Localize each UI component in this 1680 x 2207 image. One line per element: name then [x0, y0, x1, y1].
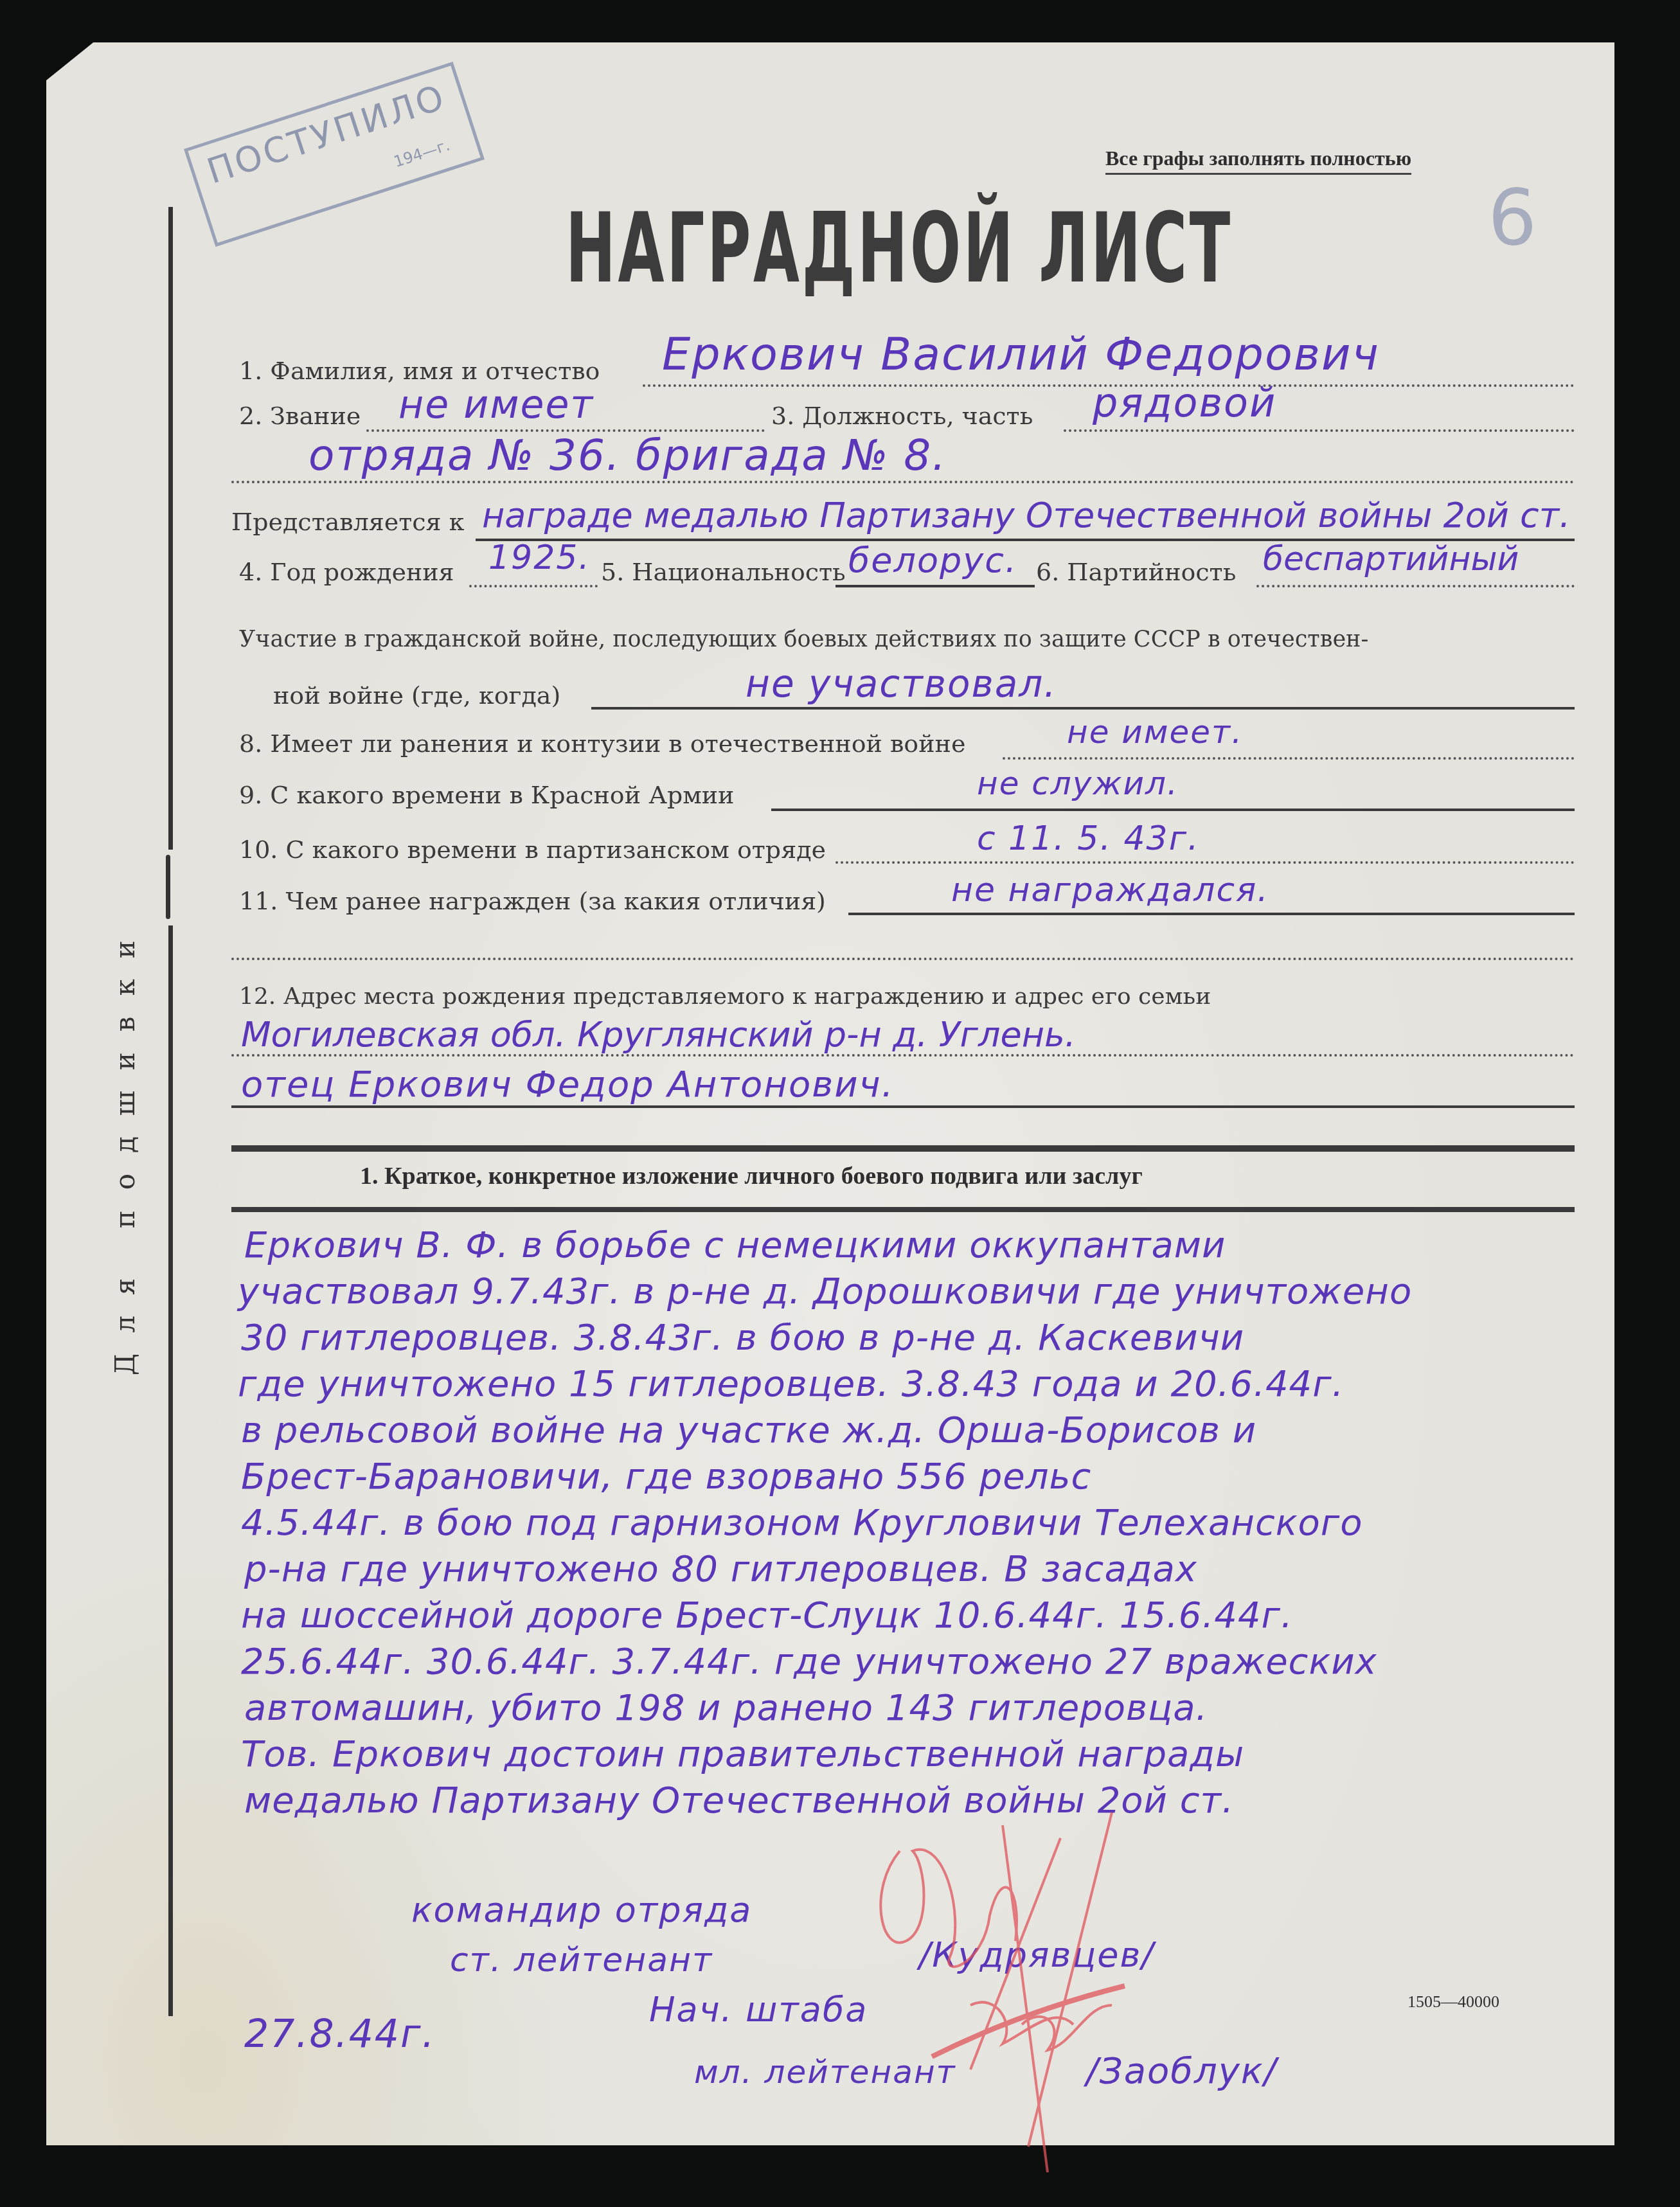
field-address-line-2 [231, 1105, 1575, 1108]
page-number-mark: 6 [1488, 174, 1537, 263]
field-party-label: 6. Партийность [1036, 558, 1236, 586]
field-wounds-line [1003, 757, 1575, 760]
narrative-line: Еркович В. Ф. в борьбе с немецкими оккуп… [244, 1224, 1226, 1266]
field-name-value: Еркович Василий Федорович [662, 328, 1380, 380]
narrative-line: 25.6.44г. 30.6.44г. 3.7.44г. где уничтож… [241, 1641, 1377, 1683]
signing-date: 27.8.44г. [244, 2012, 436, 2057]
field-prior-awards-value: не награждался. [951, 871, 1269, 909]
narrative-line: на шоссейной дороге Брест-Слуцк 10.6.44г… [241, 1595, 1293, 1636]
field-prior-awards-label: 11. Чем ранее награжден (за какия отличи… [239, 887, 826, 915]
section-divider [231, 1145, 1575, 1152]
field-nationality-label: 5. Национальность [601, 558, 846, 586]
field-partisan-label: 10. С какого времени в партизанском отря… [239, 835, 826, 864]
red-pencil-signature [855, 1812, 1176, 2198]
field-wounds-label: 8. Имеет ли ранения и контузии в отечест… [239, 729, 965, 758]
field-rank-value: не имеет [398, 382, 594, 427]
field-address-value-2: отец Еркович Федор Антонович. [241, 1064, 895, 1105]
field-position-line [1064, 429, 1575, 432]
nominated-for-label: Представляется к [231, 508, 464, 536]
narrative-top-rule [231, 1207, 1575, 1212]
field-civil-war-value: не участвовал. [746, 662, 1057, 706]
field-position-label: 3. Должность, часть [771, 402, 1033, 430]
field-red-army-label: 9. С какого времени в Красной Армии [239, 781, 734, 809]
stamp-year: 194—г. [391, 136, 452, 171]
field-red-army-value: не служил. [977, 765, 1179, 802]
form-print-number: 1505—40000 [1407, 1992, 1499, 2012]
chief-of-staff-title: Нач. штаба [649, 1989, 868, 2030]
field-nationality-value: белорус. [848, 540, 1017, 580]
narrative-line: 30 гитлеровцев. 3.8.43г. в бою в р-не д.… [241, 1317, 1244, 1359]
field-partisan-line [836, 861, 1575, 864]
field-rank-label: 2. Звание [239, 402, 361, 430]
field-nationality-line [836, 585, 1035, 587]
narrative-line: р-на где уничтожено 80 гитлеровцев. В за… [244, 1548, 1197, 1590]
commander-rank: ст. лейтенант [450, 1941, 713, 1979]
commander-title: командир отряда [411, 1890, 752, 1930]
field-address-value-1: Могилевская обл. Круглянский р-н д. Угле… [241, 1014, 1076, 1055]
narrative-line: в рельсовой войне на участке ж.д. Орша-Б… [241, 1409, 1256, 1451]
binding-margin-line [168, 925, 173, 2016]
narrative-heading: 1. Краткое, конкретное изложение личного… [360, 1162, 1143, 1190]
field-position-value: рядовой [1093, 379, 1276, 426]
instruction-note: Все графы заполнять полностью [1105, 147, 1411, 175]
field-prior-awards-line [848, 913, 1575, 915]
narrative-line: 4.5.44г. в бою под гарнизоном Кругловичи… [241, 1502, 1363, 1544]
field-name-label: 1. Фамилия, имя и отчество [239, 357, 600, 385]
field-position-unit-value: отряда № 36. бригада № 8. [308, 431, 947, 480]
narrative-line: где уничтожено 15 гитлеровцев. 3.8.43 го… [238, 1363, 1344, 1405]
field-prior-awards-line-2 [231, 958, 1575, 960]
field-party-line [1256, 585, 1575, 587]
field-civil-war-line [591, 707, 1575, 710]
field-birth-year-line [469, 585, 598, 587]
field-unit-line [231, 481, 1575, 483]
narrative-line: участвовал 9.7.43г. в р-не д. Дорошкович… [238, 1271, 1412, 1312]
binding-margin-line [166, 855, 170, 919]
field-civil-war-label: Участие в гражданской войне, последующих… [239, 627, 1368, 652]
field-civil-war-label-cont: ной войне (где, когда) [273, 681, 560, 710]
nominated-for-value: награде медалью Партизану Отечественной … [482, 495, 1570, 535]
field-birth-year-value: 1925. [488, 539, 591, 577]
field-partisan-value: с 11. 5. 43г. [977, 819, 1200, 858]
field-red-army-line [771, 809, 1575, 811]
narrative-line: автомашин, убито 198 и ранено 143 гитлер… [244, 1687, 1208, 1729]
field-address-label: 12. Адрес места рождения представляемого… [239, 983, 1211, 1010]
narrative-line: Брест-Барановичи, где взорвано 556 рельс [241, 1456, 1091, 1497]
field-party-value: беспартийный [1263, 540, 1519, 578]
field-wounds-value: не имеет. [1067, 713, 1243, 751]
binding-margin-line [168, 207, 173, 850]
narrative-line: Тов. Еркович достоин правительственной н… [241, 1733, 1244, 1775]
field-birth-year-label: 4. Год рождения [239, 558, 454, 586]
document-title: НАГРАДНОЙ ЛИСТ [566, 193, 1233, 305]
binding-margin-label: Для подшивки [109, 920, 141, 1375]
